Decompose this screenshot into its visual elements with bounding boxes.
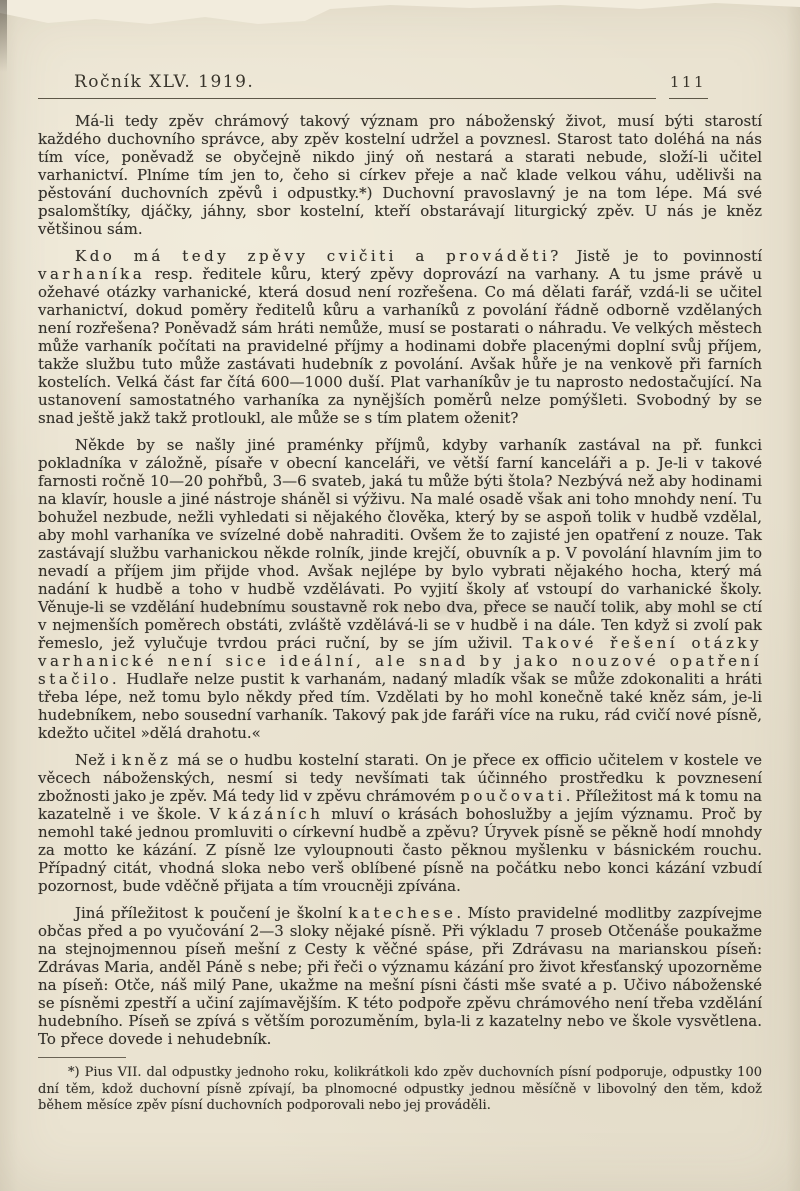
paragraph-text: Má-li tedy zpěv chrámový takový význam p… (38, 112, 762, 238)
scan-corner-shadow (0, 0, 7, 72)
header-rule-under-page-number (669, 98, 708, 99)
emphasized-text: kněz (122, 751, 172, 769)
emphasized-text: poučovati (460, 787, 565, 805)
paragraph-text: Než i (75, 751, 122, 769)
article-body: Má-li tedy zpěv chrámový takový význam p… (38, 112, 762, 1048)
paragraph-text: . Místo pravidelné modlitby zazpívejme o… (38, 904, 762, 1048)
footnote-text: *) Pius VII. dal odpustky jednoho roku, … (38, 1065, 762, 1115)
page-content: Ročník XLV. 1919. 111 Má-li tedy zpěv ch… (0, 72, 800, 1115)
body-paragraph: Někde by se našly jiné praménky příjmů, … (38, 436, 762, 742)
page-number: 111 (670, 73, 706, 91)
body-paragraph: Jiná příležitost k poučení je školní kat… (38, 904, 762, 1048)
paragraph-text: resp. ředitele kůru, který zpěvy doprová… (38, 265, 762, 427)
emphasized-text: Kdo má tedy zpěvy cvičiti a prováděti? (75, 247, 562, 265)
footnote-separator (38, 1057, 126, 1058)
emphasized-text: kázáních (228, 805, 323, 823)
header-rule (38, 98, 762, 101)
running-header: Ročník XLV. 1919. 111 (38, 72, 762, 92)
journal-title: Ročník XLV. 1919. (74, 72, 254, 92)
emphasized-text: katechese (348, 904, 456, 922)
torn-paper-edge (0, 0, 800, 30)
scanned-page: Ročník XLV. 1919. 111 Má-li tedy zpěv ch… (0, 0, 800, 1191)
paragraph-text: Někde by se našly jiné praménky příjmů, … (38, 436, 762, 652)
paragraph-text: Hudlaře nelze pustit k varhanám, nadaný … (38, 670, 762, 742)
paragraph-text: Jiná příležitost k poučení je školní (75, 904, 348, 922)
body-paragraph: Má-li tedy zpěv chrámový takový význam p… (38, 112, 762, 238)
emphasized-text: varhaníka (38, 265, 145, 283)
body-paragraph: Než i kněz má se o hudbu kostelní starat… (38, 751, 762, 895)
header-rule-main (38, 98, 656, 99)
body-paragraph: Kdo má tedy zpěvy cvičiti a prováděti? J… (38, 247, 762, 427)
paragraph-text: Jistě je to povinností (562, 247, 762, 265)
